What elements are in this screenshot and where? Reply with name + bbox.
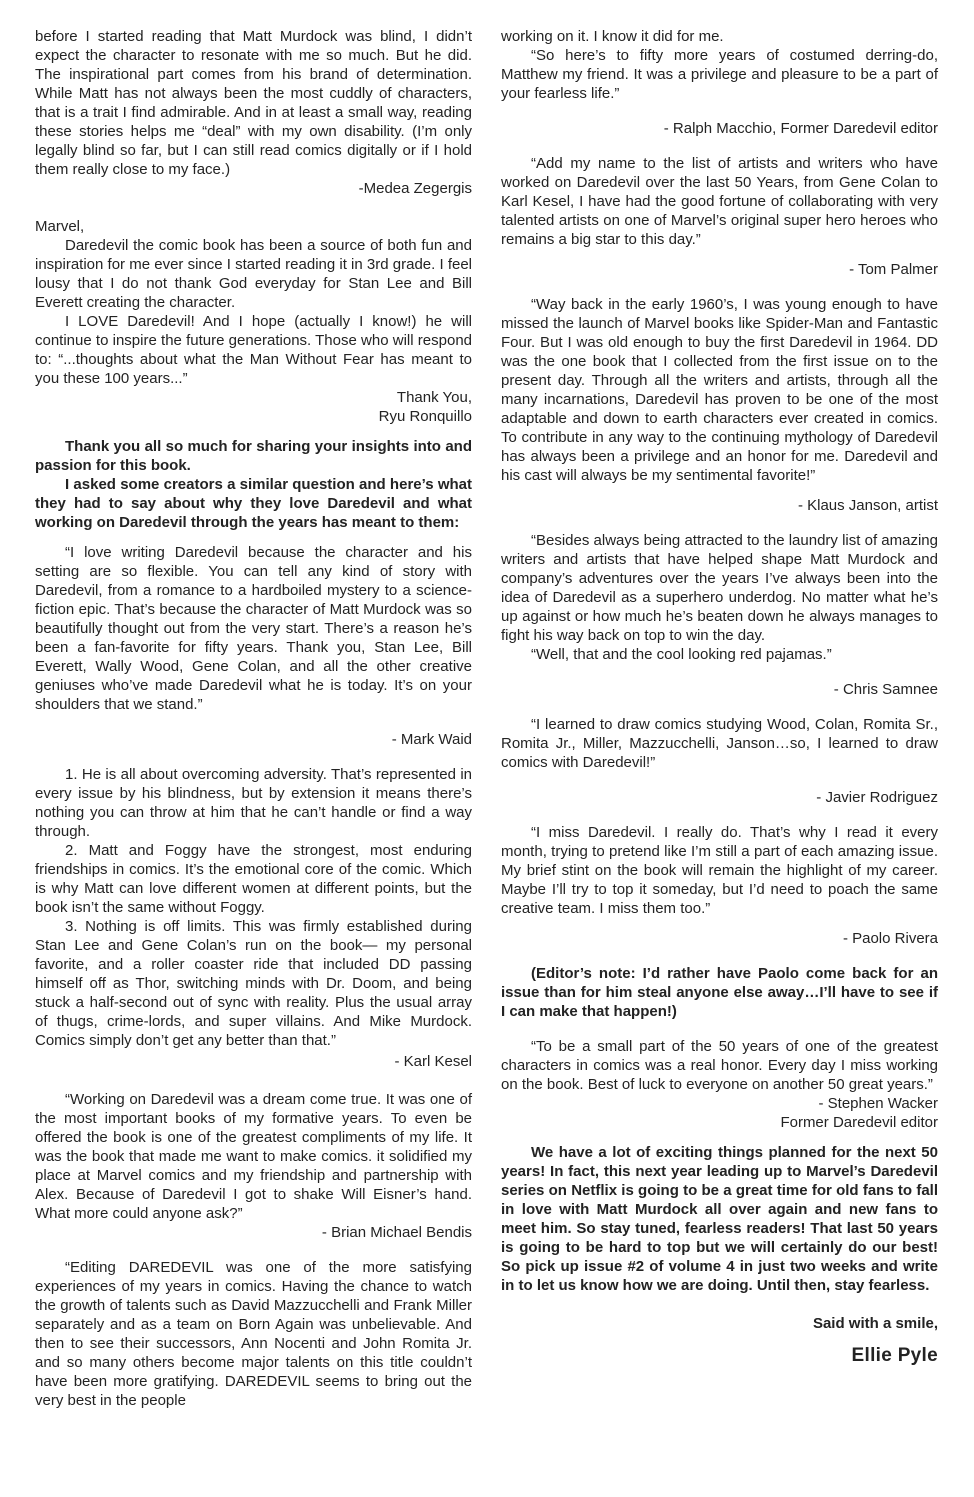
signature-tom-palmer: - Tom Palmer xyxy=(501,260,938,279)
quote-stephen-wacker: “To be a small part of the 50 years of o… xyxy=(501,1037,938,1094)
signature-ralph-macchio: - Ralph Macchio, Former Daredevil editor xyxy=(501,119,938,138)
letter-ryu-paragraph-1: Daredevil the comic book has been a sour… xyxy=(35,236,472,312)
editor-intro-paragraph: I asked some creators a similar question… xyxy=(35,475,472,532)
editor-closing-paragraph: We have a lot of exciting things planned… xyxy=(501,1143,938,1295)
right-column: working on it. I know it did for me. “So… xyxy=(501,27,938,1487)
quote-kesel-point-3: 3. Nothing is off limits. This was firml… xyxy=(35,917,472,1050)
signature-paolo-rivera: - Paolo Rivera xyxy=(501,929,938,948)
quote-macchio-start: “Editing DAREDEVIL was one of the more s… xyxy=(35,1258,472,1410)
quote-macchio-paragraph-2: “So here’s to fifty more years of costum… xyxy=(501,46,938,103)
signature-javier-rodriguez: - Javier Rodriguez xyxy=(501,788,938,807)
signature-klaus-janson: - Klaus Janson, artist xyxy=(501,496,938,515)
signature-medea: -Medea Zegergis xyxy=(35,179,472,198)
signature-mark-waid: - Mark Waid xyxy=(35,730,472,749)
editor-thanks-paragraph: Thank you all so much for sharing your i… xyxy=(35,437,472,475)
quote-kesel-point-2: 2. Matt and Foggy have the strongest, mo… xyxy=(35,841,472,917)
signature-stephen-wacker: - Stephen Wacker xyxy=(501,1094,938,1113)
quote-javier-rodriguez: “I learned to draw comics studying Wood,… xyxy=(501,715,938,772)
signature-bendis: - Brian Michael Bendis xyxy=(35,1223,472,1242)
letter-medea-continuation: before I started reading that Matt Murdo… xyxy=(35,27,472,179)
quote-tom-palmer: “Add my name to the list of artists and … xyxy=(501,154,938,249)
quote-bendis: “Working on Daredevil was a dream come t… xyxy=(35,1090,472,1223)
letter-ryu-thanks: Thank You, xyxy=(35,388,472,407)
closing-salutation: Said with a smile, xyxy=(501,1314,938,1333)
editors-note-paragraph: (Editor’s note: I’d rather have Paolo co… xyxy=(501,964,938,1021)
signature-chris-samnee: - Chris Samnee xyxy=(501,680,938,699)
quote-samnee-paragraph-1: “Besides always being attracted to the l… xyxy=(501,531,938,645)
quote-klaus-janson: “Way back in the early 1960’s, I was you… xyxy=(501,295,938,485)
quote-paolo-rivera: “I miss Daredevil. I really do. That’s w… xyxy=(501,823,938,918)
left-column: before I started reading that Matt Murdo… xyxy=(35,27,472,1487)
signature-karl-kesel: - Karl Kesel xyxy=(35,1052,472,1071)
signature-ellie-pyle: Ellie Pyle xyxy=(501,1344,938,1368)
letters-page: before I started reading that Matt Murdo… xyxy=(0,0,974,1497)
letter-ryu-salutation: Marvel, xyxy=(35,217,472,236)
letter-ryu-paragraph-2: I LOVE Daredevil! And I hope (actually I… xyxy=(35,312,472,388)
quote-mark-waid: “I love writing Daredevil because the ch… xyxy=(35,543,472,714)
quote-macchio-continuation: working on it. I know it did for me. xyxy=(501,27,938,46)
quote-kesel-point-1: 1. He is all about overcoming adversity.… xyxy=(35,765,472,841)
signature-ryu: Ryu Ronquillo xyxy=(35,407,472,426)
signature-stephen-wacker-title: Former Daredevil editor xyxy=(501,1113,938,1132)
quote-samnee-paragraph-2: “Well, that and the cool looking red paj… xyxy=(501,645,938,664)
